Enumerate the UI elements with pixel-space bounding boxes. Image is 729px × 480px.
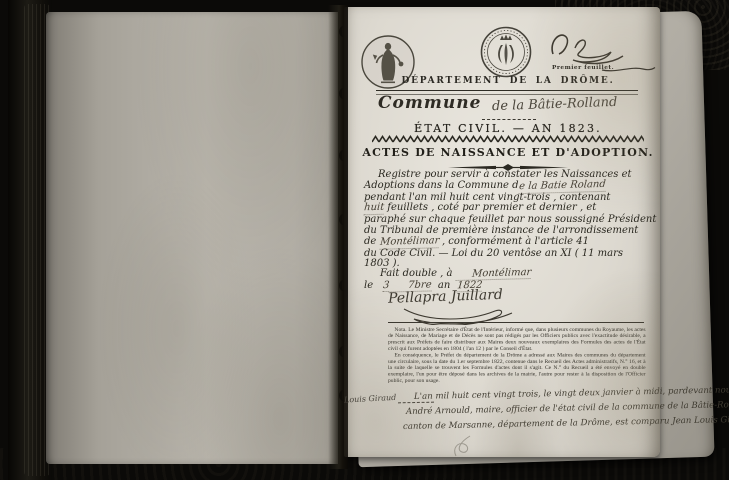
commune-line: Commune de la Bâtie-Rolland <box>378 93 648 119</box>
printed-text: Adoptions dans la Commune d <box>364 180 519 191</box>
handwritten-text: Montélimar <box>455 267 531 281</box>
left-blank-page <box>46 12 338 464</box>
fait-double-line: Fait double , à Montélimar <box>364 268 644 280</box>
stitch-thread-icon <box>339 26 348 37</box>
etat-civil-heading: ÉTAT CIVIL. — AN 1823. <box>362 122 654 135</box>
printed-text: le <box>364 280 383 291</box>
commune-handwritten-name: de la Bâtie-Rolland <box>492 95 618 114</box>
printed-text: paraphé sur chaque feuillet par nous sou… <box>364 214 656 225</box>
stitch-thread-icon <box>339 346 348 357</box>
registre-line: du Code Civil. — Loi du 20 ventôse an XI… <box>364 249 656 260</box>
nota-rule <box>388 322 644 323</box>
commune-underline <box>482 119 536 120</box>
stitch-thread-icon <box>339 150 348 161</box>
handwritten-text: Montélimar <box>379 236 439 249</box>
premier-feuillet-swash-icon <box>601 64 656 74</box>
nota-block: Nota. Le Ministre Secrétaire d'État de l… <box>388 326 646 384</box>
handwritten-text: e la Batie Roland <box>518 180 606 194</box>
printed-text: , conformément à l'article 41 <box>439 236 589 247</box>
stitch-thread-icon <box>339 280 348 291</box>
printed-text: feuillets , coté par premier et dernier … <box>384 202 596 213</box>
handwritten-text: huit <box>364 203 385 215</box>
printed-text: pendant l'an mil huit cent vingt-trois ,… <box>364 192 610 203</box>
printed-text: Fait double , à <box>380 268 456 279</box>
acts-title: ACTES DE NAISSANCE ET D'ADOPTION. <box>362 146 654 159</box>
paraph-signature-icon <box>545 28 630 66</box>
zigzag-divider <box>372 135 644 144</box>
stitch-thread-icon <box>339 214 348 225</box>
printed-text: du Tribunal de première instance de l'ar… <box>364 225 638 236</box>
pencil-scribble-icon <box>440 432 490 460</box>
royal-cipher-seal-icon <box>479 25 533 79</box>
stitch-thread-icon <box>339 88 348 99</box>
printed-text: du Code Civil. — Loi du 20 ventôse an XI… <box>364 248 623 259</box>
department-heading: DÉPARTEMENT DE LA DRÔME. <box>362 76 654 86</box>
paper-mottling <box>46 12 338 464</box>
printed-text: de <box>364 236 380 247</box>
nota-paragraph-1: Nota. Le Ministre Secrétaire d'État de l… <box>388 326 646 352</box>
registre-paragraph: Registre pour servir à constater les Nai… <box>364 170 656 270</box>
nota-paragraph-2: En conséquence, le Préfet du département… <box>388 352 646 384</box>
commune-printed-label: Commune <box>378 93 481 113</box>
scanned-register-page: Premier feuillet. DÉPARTEMENT DE LA DRÔM… <box>0 0 729 480</box>
act-handwritten-text: L'an mil huit cent vingt trois, le vingt… <box>414 390 726 435</box>
